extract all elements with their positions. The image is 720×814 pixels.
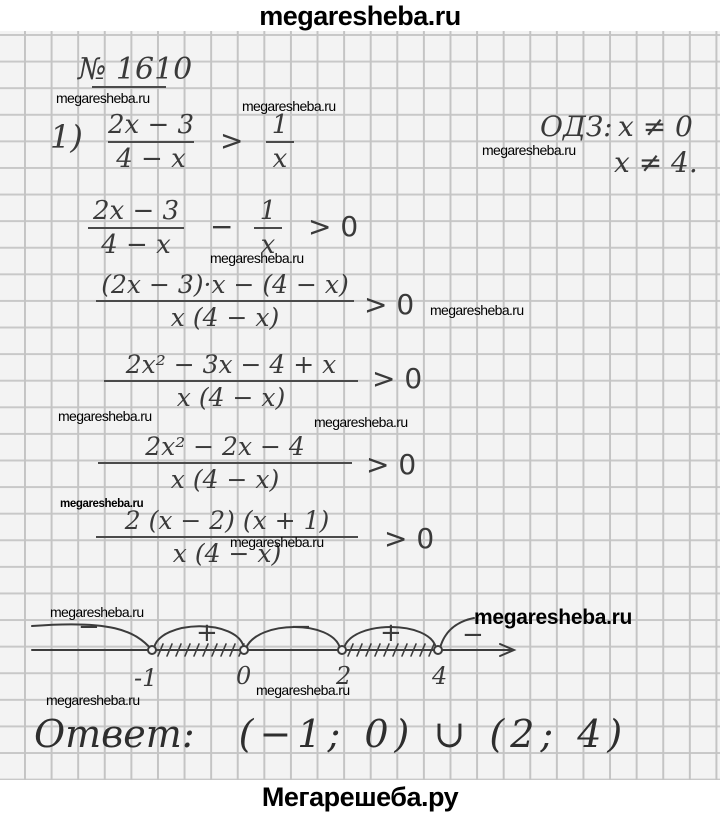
fraction-numerator: 2x − 3 [108, 110, 194, 140]
watermark: megaresheba.ru [60, 498, 143, 510]
step-5-fraction: 2x² − 2x − 4 x (4 − x) [98, 432, 352, 494]
step-2-lhs-fraction: 2x − 3 4 − x [88, 196, 184, 260]
watermark: megaresheba.ru [210, 250, 304, 266]
step-4-fraction: 2x² − 3x − 4 + x x (4 − x) [104, 350, 358, 412]
fraction-bar [108, 141, 194, 143]
part-label: 1) [50, 118, 83, 156]
domain-condition-1: x ≠ 0 [618, 110, 693, 143]
point-label-minus-1: -1 [134, 664, 157, 692]
fraction-numerator: 2 (x − 2) (x + 1) [96, 506, 358, 535]
interval-sign-3: − [290, 612, 312, 642]
fraction-numerator: 2x − 3 [88, 196, 184, 226]
watermark: megaresheba.ru [56, 90, 150, 106]
step-3-relation: > 0 [364, 288, 414, 321]
fraction-numerator: 1 [254, 196, 282, 226]
step-5-relation: > 0 [366, 448, 416, 481]
step-6-relation: > 0 [384, 522, 434, 555]
interval-sign-4: + [380, 618, 402, 648]
watermark: megaresheba.ru [430, 302, 524, 318]
fraction-numerator: (2x − 3)·x − (4 − x) [96, 270, 354, 299]
fraction-numerator: 2x² − 3x − 4 + x [104, 350, 358, 379]
fraction-bar [254, 227, 282, 229]
watermark: megaresheba.ru [58, 408, 152, 424]
fraction-numerator: 2x² − 2x − 4 [98, 432, 352, 461]
point-label-0: 0 [236, 662, 251, 690]
site-header: megaresheba.ru [0, 0, 720, 32]
step-1-rhs-fraction: 1 x [266, 110, 294, 174]
step-3-fraction: (2x − 3)·x − (4 − x) x (4 − x) [96, 270, 354, 332]
fraction-denominator: 4 − x [88, 230, 184, 260]
step-4-relation: > 0 [372, 362, 422, 395]
watermark: megaresheba.ru [482, 142, 576, 158]
watermark: megaresheba.ru [256, 682, 350, 698]
domain-label: ОДЗ: [540, 110, 613, 143]
fraction-denominator: x (4 − x) [96, 303, 354, 332]
domain-condition-2: x ≠ 4. [614, 146, 698, 179]
interval-sign-2: + [196, 618, 218, 648]
fraction-denominator: x (4 − x) [98, 465, 352, 494]
fraction-numerator: 1 [266, 110, 294, 140]
answer-line: Ответ:(−1; 0) ∪ (2; 4) [34, 712, 628, 756]
answer-label: Ответ: [34, 712, 195, 756]
watermark: megaresheba.ru [46, 692, 140, 708]
watermark: megaresheba.ru [474, 606, 632, 630]
watermark: megaresheba.ru [230, 534, 324, 550]
point-label-4: 4 [432, 662, 447, 690]
step-2-relation: > 0 [308, 210, 358, 243]
fraction-bar [266, 141, 294, 143]
step-1-relation: > [220, 124, 243, 157]
fraction-denominator: 4 − x [108, 144, 194, 174]
task-number-underline [92, 86, 166, 88]
answer-value: (−1; 0) ∪ (2; 4) [239, 712, 629, 756]
task-number: № 1610 [78, 52, 192, 87]
watermark: megaresheba.ru [242, 98, 336, 114]
fraction-bar [104, 380, 358, 382]
fraction-bar [98, 462, 352, 464]
fraction-bar [88, 227, 184, 229]
step-1-lhs-fraction: 2x − 3 4 − x [108, 110, 194, 174]
watermark: megaresheba.ru [314, 414, 408, 430]
site-footer: Мегарешеба.ру [0, 780, 720, 814]
fraction-bar [96, 300, 354, 302]
step-2-operator: − [210, 210, 233, 243]
watermark: megaresheba.ru [50, 604, 144, 620]
fraction-denominator: x [266, 144, 294, 174]
